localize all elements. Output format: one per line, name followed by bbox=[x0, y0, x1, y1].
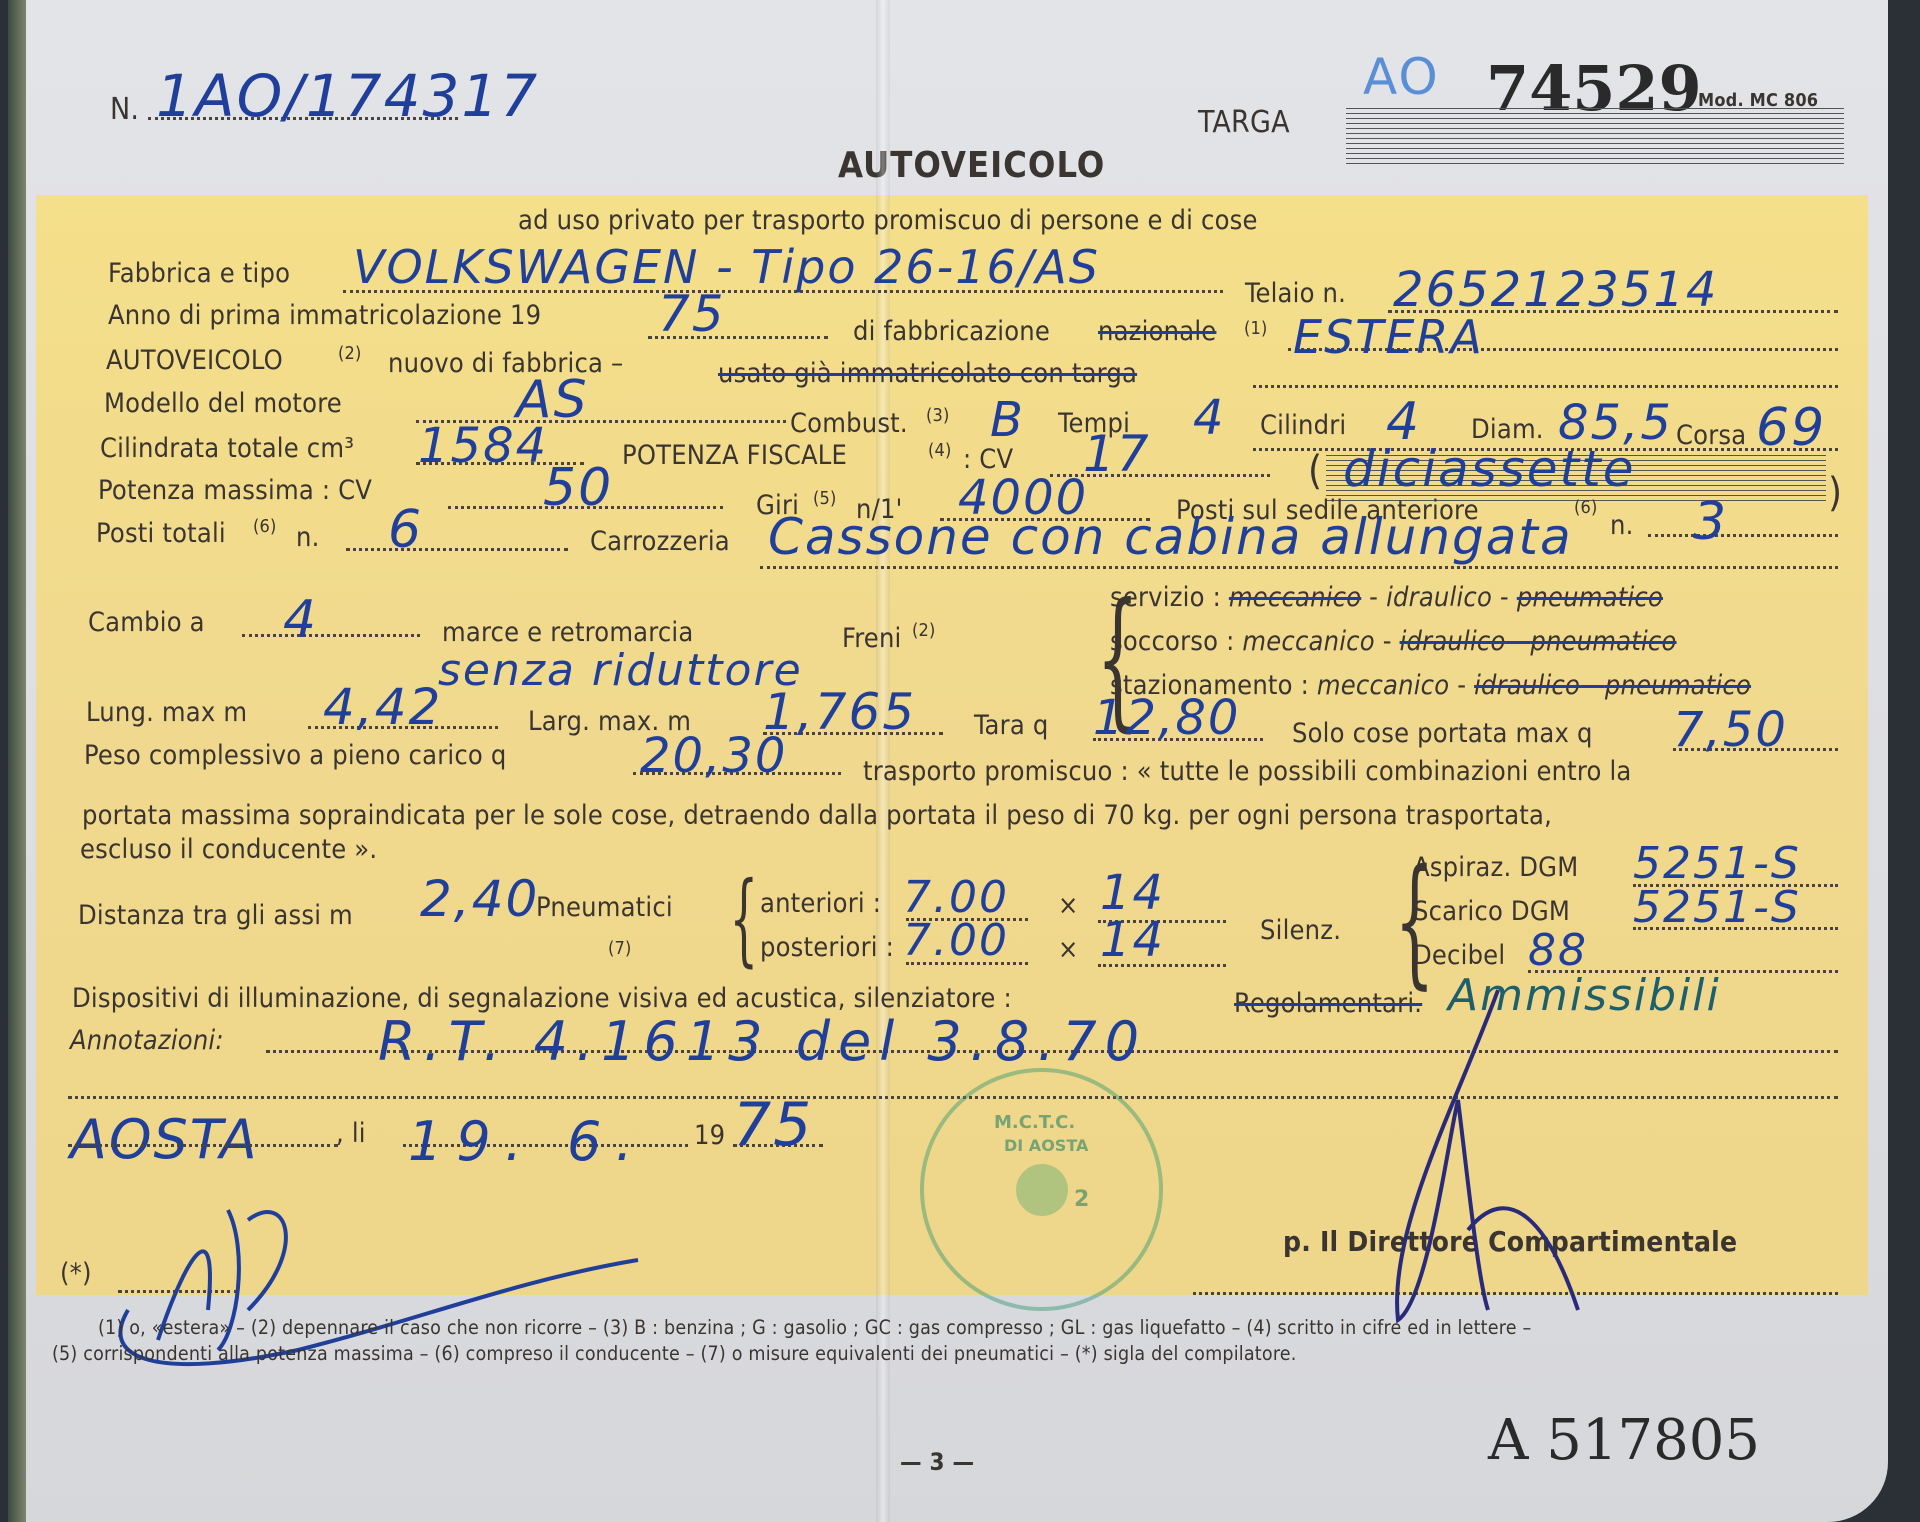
cilindrata-value: 1584 bbox=[418, 418, 548, 474]
promiscuo-text-1: trasporto promiscuo : « tutte le possibi… bbox=[863, 756, 1632, 787]
annotazioni-label: Annotazioni: bbox=[70, 1025, 224, 1056]
decibel-value: 88 bbox=[1528, 925, 1588, 976]
posteriori-value-a: 7.00 bbox=[903, 915, 1009, 966]
stamp-text-number: 2 bbox=[1074, 1187, 1089, 1212]
freni-servizio-idraulico: idraulico bbox=[1386, 582, 1492, 613]
posti-ant-value: 3 bbox=[1693, 492, 1728, 552]
separator: - bbox=[1375, 626, 1400, 657]
stamp-text-mctc: M.C.T.C. bbox=[994, 1112, 1075, 1133]
posti-tot-value: 6 bbox=[388, 500, 423, 560]
posti-tot-label: Posti totali bbox=[96, 518, 226, 549]
combust-value: B bbox=[990, 392, 1025, 448]
freni-soccorso-meccanico: meccanico bbox=[1242, 626, 1374, 657]
autoveicolo-struck: usato già immatricolato con targa bbox=[718, 358, 1137, 389]
stamp-emblem bbox=[1016, 1164, 1068, 1216]
compilatore-label: (*) bbox=[60, 1258, 92, 1289]
carrozzeria-label: Carrozzeria bbox=[590, 526, 730, 557]
freni-stazionamento-idraulico: idraulico bbox=[1474, 670, 1580, 701]
cambio-suffix: marce e retromarcia bbox=[442, 617, 693, 648]
anno-data-value: 75 bbox=[733, 1090, 813, 1160]
posti-tot-note: (6) bbox=[253, 516, 277, 537]
combust-label: Combust. bbox=[790, 408, 908, 439]
page-number: — 3 — bbox=[900, 1448, 974, 1476]
freni-servizio-pneumatico: pneumatico bbox=[1517, 582, 1663, 613]
freni-soccorso-pneumatico: pneumatico bbox=[1530, 626, 1676, 657]
annotazioni-value: R.T. 4.1613 del 3.8.70 bbox=[378, 1010, 1147, 1073]
fabbricazione-value: ESTERA bbox=[1293, 310, 1484, 364]
separator: - bbox=[1506, 626, 1531, 657]
posti-ant-line bbox=[1648, 534, 1838, 537]
luogo-value: AOSTA bbox=[70, 1108, 259, 1171]
motore-label: Modello del motore bbox=[104, 388, 342, 419]
separator: - bbox=[1580, 670, 1605, 701]
cambio-label: Cambio a bbox=[88, 607, 205, 638]
combust-note: (3) bbox=[926, 405, 950, 426]
separator: - bbox=[1361, 582, 1386, 613]
giri-note: (5) bbox=[813, 488, 837, 509]
anno-prefix: 19 bbox=[694, 1120, 725, 1151]
solo-cose-value: 7,50 bbox=[1673, 702, 1788, 758]
fabbricazione-struck: nazionale bbox=[1098, 316, 1216, 347]
distanza-value: 2,40 bbox=[420, 870, 539, 928]
posti-tot-line bbox=[346, 548, 568, 551]
freni-note: (2) bbox=[912, 620, 936, 641]
promiscuo-text-2: portata massima sopraindicata per le sol… bbox=[82, 800, 1552, 831]
booklet-edge bbox=[8, 0, 26, 1522]
direttore-signature bbox=[1368, 980, 1608, 1340]
telaio-label: Telaio n. bbox=[1245, 278, 1346, 309]
solo-cose-label: Solo cose portata max q bbox=[1292, 718, 1593, 749]
number-label: N. bbox=[110, 92, 139, 127]
anteriori-times: × bbox=[1058, 890, 1079, 921]
aspiraz-label: Aspiraz. DGM bbox=[1413, 852, 1578, 883]
luogo-line bbox=[68, 1144, 338, 1147]
carrozzeria-line bbox=[760, 566, 1838, 569]
freni-stazionamento-meccanico: meccanico bbox=[1317, 670, 1449, 701]
fabbricazione-note: (1) bbox=[1244, 318, 1268, 339]
freni-soccorso: soccorso : meccanico - idraulico - pneum… bbox=[1110, 626, 1751, 670]
freni-servizio-label: servizio : bbox=[1110, 582, 1221, 613]
anteriori-label: anteriori : bbox=[760, 888, 881, 919]
registration-number: 1AO/174317 bbox=[156, 62, 539, 130]
cambio-note: senza riduttore bbox=[438, 645, 803, 696]
freni-soccorso-label: soccorso : bbox=[1110, 626, 1234, 657]
scarico-label: Scarico DGM bbox=[1413, 896, 1570, 927]
fabbricazione-label: di fabbricazione bbox=[853, 316, 1050, 347]
fabbrica-label: Fabbrica e tipo bbox=[108, 258, 290, 289]
pneumatici-note: (7) bbox=[608, 938, 632, 959]
pneumatici-label: Pneumatici bbox=[536, 892, 673, 923]
targa-hatch-box bbox=[1346, 108, 1844, 168]
footnote-line-1: (1) o, «estera» – (2) depennare il caso … bbox=[98, 1316, 1531, 1339]
fabbrica-value: VOLKSWAGEN - Tipo 26-16/AS bbox=[353, 240, 1100, 294]
autoveicolo-note: (2) bbox=[338, 343, 362, 364]
separator: - bbox=[1492, 582, 1517, 613]
decibel-label: Decibel bbox=[1413, 940, 1505, 971]
posti-ant-note: (6) bbox=[1574, 497, 1598, 518]
potenza-max-label: Potenza massima : CV bbox=[98, 475, 372, 506]
cambio-line bbox=[242, 634, 420, 637]
official-stamp: M.C.T.C. DI AOSTA 2 bbox=[920, 1068, 1163, 1311]
tara-label: Tara q bbox=[974, 710, 1048, 741]
posteriori-times: × bbox=[1058, 934, 1079, 965]
silenz-label: Silenz. bbox=[1260, 915, 1341, 946]
posti-tot-n: n. bbox=[296, 522, 320, 553]
autoveicolo-line bbox=[1253, 385, 1838, 388]
lung-value: 4,42 bbox=[323, 678, 442, 736]
peso-value: 20,30 bbox=[640, 728, 787, 784]
scarico-value: 5251-S bbox=[1633, 882, 1801, 933]
stamp-text-aosta: DI AOSTA bbox=[1004, 1136, 1088, 1155]
peso-label: Peso complessivo a pieno carico q bbox=[84, 740, 506, 771]
cilindrata-label: Cilindrata totale cm³ bbox=[100, 433, 354, 464]
targa-province: AO bbox=[1363, 48, 1440, 106]
serial-number: A 517805 bbox=[1488, 1408, 1760, 1473]
tempi-value: 4 bbox=[1193, 390, 1226, 446]
autoveicolo-label: AUTOVEICOLO bbox=[106, 345, 283, 376]
freni-label: Freni bbox=[842, 623, 902, 654]
footnote-line-2: (5) corrispondenti alla potenza massima … bbox=[52, 1342, 1297, 1365]
tara-value: 12,80 bbox=[1093, 690, 1240, 746]
freni-stazionamento-pneumatico: pneumatico bbox=[1605, 670, 1751, 701]
targa-label: TARGA bbox=[1198, 105, 1290, 140]
potenza-max-value: 50 bbox=[543, 458, 613, 518]
posteriori-value-b: 14 bbox=[1100, 912, 1165, 968]
potenza-fiscale-words: diciassette bbox=[1343, 440, 1635, 498]
pneumatici-brace: { bbox=[729, 860, 758, 977]
cilindri-label: Cilindri bbox=[1260, 410, 1346, 441]
potenza-words-open-paren: ( bbox=[1308, 448, 1322, 494]
separator: - bbox=[1449, 670, 1474, 701]
anno-value: 75 bbox=[658, 285, 726, 343]
potenza-fiscale-note: (4) bbox=[928, 440, 952, 461]
cambio-value: 4 bbox=[283, 590, 318, 650]
freni-servizio: servizio : meccanico - idraulico - pneum… bbox=[1110, 582, 1751, 626]
distanza-label: Distanza tra gli assi m bbox=[78, 900, 353, 931]
lung-label: Lung. max m bbox=[86, 697, 247, 728]
posti-ant-n: n. bbox=[1610, 510, 1634, 541]
data-value: 19. 6. bbox=[408, 1110, 647, 1173]
carrozzeria-value: Cassone con cabina allungata bbox=[768, 508, 1573, 566]
freni-soccorso-idraulico: idraulico bbox=[1400, 626, 1506, 657]
freni-servizio-meccanico: meccanico bbox=[1229, 582, 1361, 613]
li-label: , li bbox=[336, 1118, 366, 1149]
anno-label: Anno di prima immatricolazione 19 bbox=[108, 300, 541, 331]
potenza-fiscale-value: 17 bbox=[1083, 425, 1151, 483]
potenza-words-close-paren: ) bbox=[1828, 470, 1842, 516]
document-page: N. 1AO/174317 AUTOVEICOLO TARGA AO 74529… bbox=[8, 0, 1888, 1522]
potenza-fiscale-label: POTENZA FISCALE bbox=[622, 440, 847, 471]
corsa-label: Corsa bbox=[1676, 420, 1746, 451]
promiscuo-text-3: escluso il conducente ». bbox=[80, 834, 377, 865]
usage-line: ad uso privato per trasporto promiscuo d… bbox=[518, 205, 1258, 236]
posteriori-label: posteriori : bbox=[760, 932, 894, 963]
